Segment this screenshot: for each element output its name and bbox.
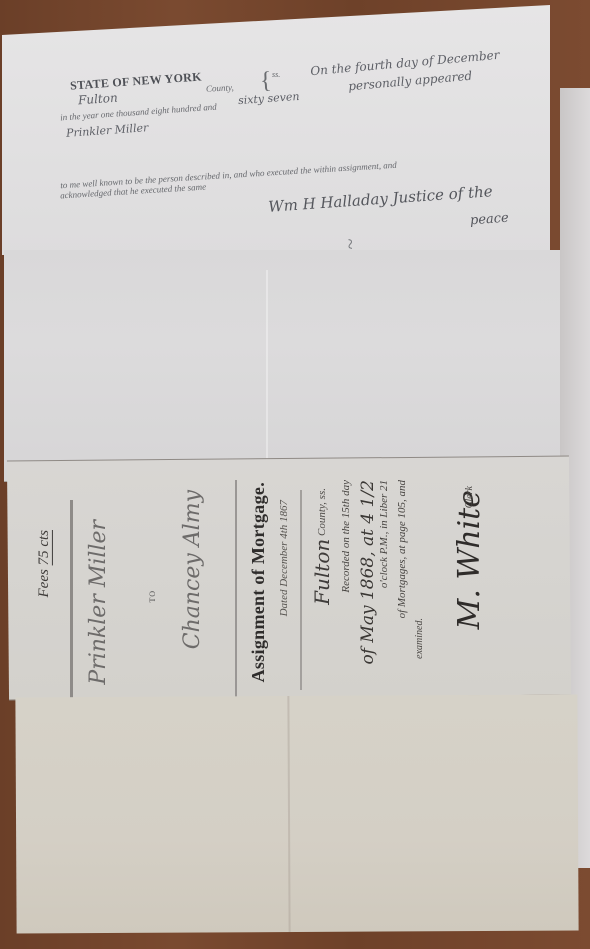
- recorded-line-2: of May 1868, at 4 1/2: [358, 480, 378, 665]
- examined-label: examined.: [414, 618, 425, 659]
- fee-note: Fees 75 cts: [36, 530, 53, 598]
- county-label: County,: [206, 82, 234, 93]
- docket-rule: [300, 490, 302, 690]
- clerk-title: Clerk: [464, 486, 475, 508]
- blank-panel: [4, 250, 560, 482]
- bottom-panel: [15, 695, 578, 934]
- county-label-docket: County, ss.: [316, 488, 328, 536]
- clerk-signature: M. White: [452, 490, 487, 629]
- county-name: Fulton: [310, 539, 334, 605]
- fold-crease: [266, 270, 268, 481]
- recording-county: Fulton County, ss.: [310, 488, 334, 605]
- recorded-line-1: Recorded on the 15th day: [340, 480, 352, 593]
- recorded-line-3: o'clock P.M., in Liber 21: [378, 480, 390, 588]
- fee-amount: 75 cts: [36, 530, 52, 565]
- fee-prefix: Fees: [36, 569, 52, 597]
- docket-rule: [70, 500, 73, 700]
- to-label: TO: [148, 590, 157, 603]
- grantee-name: Chancey Almy: [180, 490, 205, 649]
- document-title: Assignment of Mortgage.: [248, 482, 269, 682]
- justice-signature-peace: peace: [470, 211, 510, 229]
- ss-label: ss.: [272, 70, 280, 79]
- county-handwritten: Fulton: [78, 91, 119, 108]
- dated-line: Dated December 4th 1867: [278, 500, 290, 616]
- grantor-name: Prinkler Miller: [86, 520, 111, 685]
- fold-crease: [287, 696, 290, 932]
- recorded-line-4: of Mortgages, at page 105, and: [396, 480, 408, 618]
- docket-rule: [235, 480, 237, 700]
